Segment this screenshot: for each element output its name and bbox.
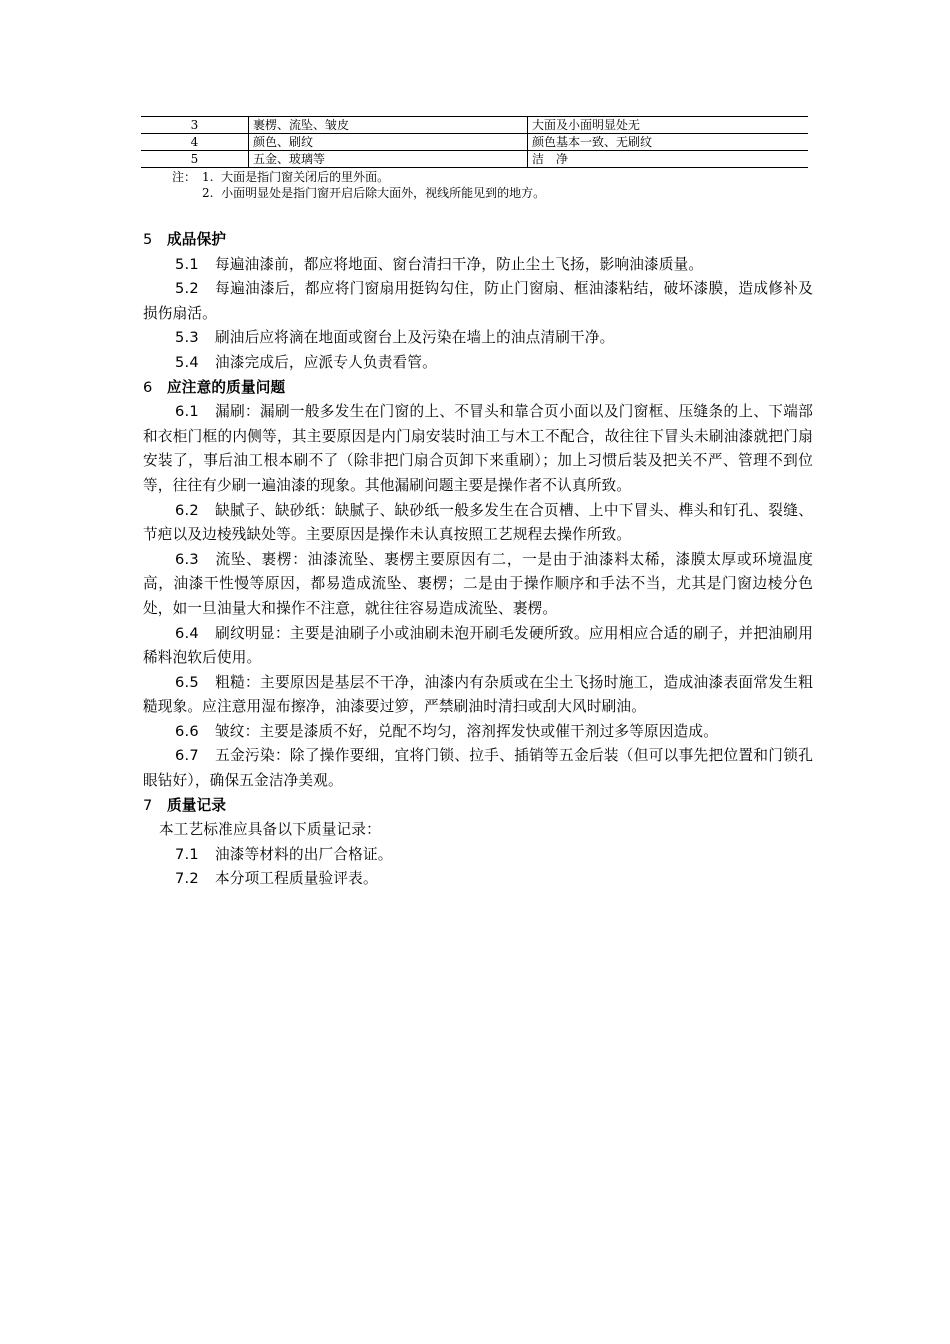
document-page: 3 裹楞、流坠、皱皮 大面及小面明显处无 4 颜色、刷纹 颜色基本一致、无刷纹 … <box>0 0 950 1344</box>
quality-standard-table: 3 裹楞、流坠、皱皮 大面及小面明显处无 4 颜色、刷纹 颜色基本一致、无刷纹 … <box>141 116 808 168</box>
note-prefix: 注： <box>172 169 202 185</box>
section-heading-5: 5成品保护 <box>143 228 813 253</box>
paragraph-number: 7.1 <box>175 843 215 868</box>
paragraph-number: 5.2 <box>175 277 215 302</box>
section-number: 7 <box>143 794 167 819</box>
section-heading-6: 6应注意的质量问题 <box>143 376 813 401</box>
table-row: 3 裹楞、流坠、皱皮 大面及小面明显处无 <box>141 117 808 134</box>
document-body: 5成品保护 5.1每遍油漆前，都应将地面、窗台清扫干净，防止尘土飞扬，影响油漆质… <box>143 228 813 892</box>
paragraph-7-2: 7.2本分项工程质量验评表。 <box>143 867 813 892</box>
paragraph-text: 每遍油漆前，都应将地面、窗台清扫干净，防止尘土飞扬，影响油漆质量。 <box>215 256 703 273</box>
paragraph-6-6: 6.6皱纹：主要是漆质不好，兑配不均匀，溶剂挥发快或催干剂过多等原因造成。 <box>143 720 813 745</box>
paragraph-5-4: 5.4油漆完成后，应派专人负责看管。 <box>143 351 813 376</box>
paragraph-number: 6.5 <box>175 671 215 696</box>
paragraph-number: 6.4 <box>175 622 215 647</box>
paragraph-number: 6.6 <box>175 720 215 745</box>
paragraph-text: 皱纹：主要是漆质不好，兑配不均匀，溶剂挥发快或催干剂过多等原因造成。 <box>215 723 718 740</box>
paragraph-number: 5.1 <box>175 253 215 278</box>
inspection-item: 裹楞、流坠、皱皮 <box>249 117 528 134</box>
paragraph-number: 7.2 <box>175 867 215 892</box>
paragraph-text: 刷油后应将滴在地面或窗台上及污染在墙上的油点清刷干净。 <box>215 329 614 346</box>
note-text: 大面是指门窗关闭后的里外面。 <box>221 170 389 184</box>
paragraph-text: 油漆完成后，应派专人负责看管。 <box>215 354 437 371</box>
paragraph-5-2: 5.2每遍油漆后，都应将门窗扇用挺钩勾住，防止门窗扇、框油漆粘结，破坏漆膜，造成… <box>143 277 813 326</box>
row-number: 5 <box>141 151 249 168</box>
paragraph-text: 流坠、裹楞：油漆流坠、裹楞主要原因有二，一是由于油漆料太稀，漆膜太厚或环境温度高… <box>143 551 813 617</box>
paragraph-5-3: 5.3刷油后应将滴在地面或窗台上及污染在墙上的油点清刷干净。 <box>143 326 813 351</box>
paragraph-6-5: 6.5粗糙：主要原因是基层不干净，油漆内有杂质或在尘土飞扬时施工，造成油漆表面常… <box>143 671 813 720</box>
paragraph-text: 漏刷：漏刷一般多发生在门窗的上、不冒头和靠合页小面以及门窗框、压缝条的上、下端部… <box>143 403 813 494</box>
note-number: 1. <box>202 170 213 184</box>
note-number: 2. <box>202 186 213 200</box>
paragraph-number: 6.3 <box>175 548 215 573</box>
section-title: 成品保护 <box>167 231 226 248</box>
table-row: 4 颜色、刷纹 颜色基本一致、无刷纹 <box>141 134 808 151</box>
quality-requirement: 洁 净 <box>528 151 809 168</box>
note-text: 小面明显处是指门窗开启后除大面外，视线所能见到的地方。 <box>221 186 545 200</box>
paragraph-6-2: 6.2缺腻子、缺砂纸：缺腻子、缺砂纸一般多发生在合页槽、上中下冒头、榫头和钉孔、… <box>143 499 813 548</box>
paragraph-6-1: 6.1漏刷：漏刷一般多发生在门窗的上、不冒头和靠合页小面以及门窗框、压缝条的上、… <box>143 400 813 498</box>
section-number: 5 <box>143 228 167 253</box>
quality-requirement: 大面及小面明显处无 <box>528 117 809 134</box>
paragraph-number: 5.4 <box>175 351 215 376</box>
section-intro: 本工艺标准应具备以下质量记录： <box>143 818 813 843</box>
paragraph-number: 6.1 <box>175 400 215 425</box>
note-1: 注：1. 大面是指门窗关闭后的里外面。 <box>172 169 545 185</box>
quality-requirement: 颜色基本一致、无刷纹 <box>528 134 809 151</box>
paragraph-6-7: 6.7五金污染：除了操作要细，宜将门锁、拉手、插销等五金后装（但可以事先把位置和… <box>143 744 813 793</box>
table-notes: 注：1. 大面是指门窗关闭后的里外面。 2. 小面明显处是指门窗开启后除大面外，… <box>172 169 545 201</box>
paragraph-text: 油漆等材料的出厂合格证。 <box>215 846 393 863</box>
paragraph-text: 五金污染：除了操作要细，宜将门锁、拉手、插销等五金后装（但可以事先把位置和门锁孔… <box>143 747 813 789</box>
paragraph-text: 刷纹明显：主要是油刷子小或油刷未泡开刷毛发硬所致。应用相应合适的刷子，并把油刷用… <box>143 625 813 667</box>
section-heading-7: 7质量记录 <box>143 794 813 819</box>
paragraph-text: 本分项工程质量验评表。 <box>215 870 378 887</box>
paragraph-number: 6.7 <box>175 744 215 769</box>
section-title: 质量记录 <box>167 797 226 814</box>
inspection-item: 五金、玻璃等 <box>249 151 528 168</box>
paragraph-6-4: 6.4刷纹明显：主要是油刷子小或油刷未泡开刷毛发硬所致。应用相应合适的刷子，并把… <box>143 622 813 671</box>
paragraph-7-1: 7.1油漆等材料的出厂合格证。 <box>143 843 813 868</box>
row-number: 4 <box>141 134 249 151</box>
inspection-item: 颜色、刷纹 <box>249 134 528 151</box>
paragraph-6-3: 6.3流坠、裹楞：油漆流坠、裹楞主要原因有二，一是由于油漆料太稀，漆膜太厚或环境… <box>143 548 813 622</box>
paragraph-number: 6.2 <box>175 499 215 524</box>
table-row: 5 五金、玻璃等 洁 净 <box>141 151 808 168</box>
section-number: 6 <box>143 376 167 401</box>
paragraph-text: 每遍油漆后，都应将门窗扇用挺钩勾住，防止门窗扇、框油漆粘结，破坏漆膜，造成修补及… <box>143 280 813 322</box>
paragraph-text: 粗糙：主要原因是基层不干净，油漆内有杂质或在尘土飞扬时施工，造成油漆表面常发生粗… <box>143 674 813 716</box>
note-2: 2. 小面明显处是指门窗开启后除大面外，视线所能见到的地方。 <box>172 185 545 201</box>
paragraph-number: 5.3 <box>175 326 215 351</box>
section-title: 应注意的质量问题 <box>167 379 285 396</box>
paragraph-text: 缺腻子、缺砂纸：缺腻子、缺砂纸一般多发生在合页槽、上中下冒头、榫头和钉孔、裂缝、… <box>143 502 813 544</box>
row-number: 3 <box>141 117 249 134</box>
paragraph-5-1: 5.1每遍油漆前，都应将地面、窗台清扫干净，防止尘土飞扬，影响油漆质量。 <box>143 253 813 278</box>
